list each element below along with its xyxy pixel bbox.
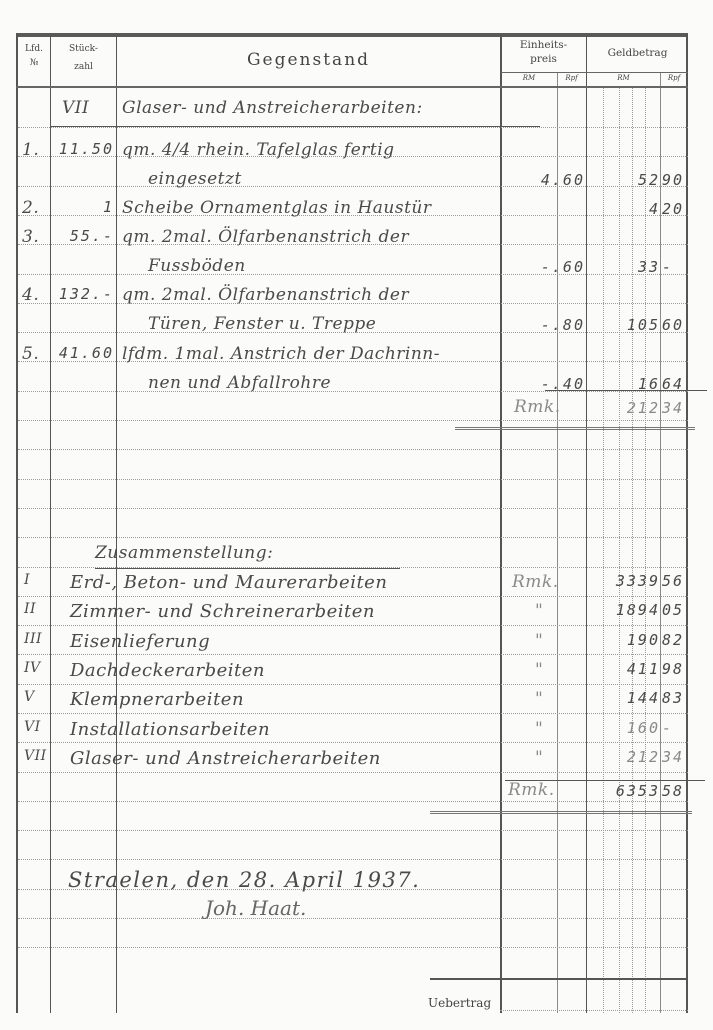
section-roman: VII (62, 98, 89, 118)
rule-line (18, 508, 688, 509)
item-unit-price: -.60 (505, 258, 585, 276)
summary-unit: " (535, 719, 543, 739)
rule-line (18, 684, 688, 685)
summary-description: Glaser- und Anstreicherarbeiten (70, 748, 381, 769)
col-divider-qty (116, 35, 117, 1013)
header-gegenstand: Gegenstand (117, 50, 500, 70)
summary-amount-rm: 212 (590, 748, 660, 766)
item-amount-rm: 52 (590, 171, 660, 189)
invoice-page: Lfd. № Stück- zahl Gegenstand Einheits- … (0, 0, 713, 1030)
rule-line (18, 801, 688, 802)
header-subdivider (501, 72, 688, 73)
summary-total-label: Rmk. (508, 780, 555, 800)
summary-roman: V (24, 689, 35, 705)
section-total-rpf: 34 (662, 399, 684, 417)
item-amount-rm: 4 (590, 200, 660, 218)
subtotal-rule (545, 390, 707, 391)
header-unit-price-rpf: Rpf (557, 74, 586, 82)
signature: Joh. Haat. (205, 896, 306, 920)
item-quantity: 41.60 (54, 344, 114, 362)
carry-over-rule (430, 978, 688, 980)
carry-over-label: Uebertrag (428, 996, 491, 1010)
col-divider-amount (586, 35, 587, 1013)
rule-line (18, 186, 688, 187)
header-amount-rpf: Rpf (660, 74, 688, 82)
summary-amount-rm: 1894 (590, 601, 660, 619)
summary-amount-rpf: - (662, 719, 673, 737)
summary-description: Dachdeckerarbeiten (70, 660, 265, 681)
rule-line (18, 772, 688, 773)
section-total-label: Rmk. (514, 397, 561, 417)
rule-line (18, 947, 688, 948)
item-quantity: 55.- (54, 227, 114, 245)
header-einheitspreis-line2: preis (501, 52, 586, 66)
rule-line (18, 127, 688, 128)
item-description-line: qm. 4/4 rhein. Tafelglas fertig (122, 140, 395, 160)
summary-amount-rm: 411 (590, 660, 660, 678)
summary-roman: III (24, 631, 42, 647)
rule-line (18, 391, 688, 392)
item-amount-rpf: 20 (662, 200, 684, 218)
item-description-line: nen und Abfallrohre (148, 373, 331, 393)
summary-amount-rpf: 98 (662, 660, 684, 678)
summary-amount-rm: 3339 (590, 572, 660, 590)
item-description-line: qm. 2mal. Ölfarbenanstrich der (122, 227, 409, 247)
item-description-line: Fussböden (148, 256, 246, 276)
header-geldbetrag: Geldbetrag (587, 46, 688, 60)
item-amount-rpf: - (662, 258, 673, 276)
rule-line (18, 537, 688, 538)
section-total-rm: 212 (590, 399, 660, 417)
section-title: Glaser- und Anstreicherarbeiten: (122, 98, 423, 118)
header-lfd-line2: № (18, 56, 50, 70)
rule-line (18, 713, 688, 714)
summary-amount-rm: 190 (590, 631, 660, 649)
summary-amount-rm: 144 (590, 689, 660, 707)
header-amount-rm: RM (587, 74, 660, 82)
header-einheitspreis-line1: Einheits- (501, 38, 586, 52)
rule-line (18, 420, 688, 421)
col-divider-lfd (50, 35, 51, 1013)
col-dot-1 (603, 88, 604, 1013)
col-divider-unit-rpf (557, 72, 558, 1013)
rule-line (18, 742, 688, 743)
rule-line (18, 596, 688, 597)
item-description-line: eingesetzt (148, 169, 242, 189)
summary-total-double-rule (430, 811, 692, 814)
summary-unit: " (535, 689, 543, 709)
item-number: 4. (22, 285, 39, 305)
header-einheitspreis: Einheits- preis (501, 38, 586, 66)
col-dot-3 (632, 88, 633, 1013)
summary-title: Zusammenstellung: (95, 543, 273, 563)
item-quantity: 132.- (54, 285, 114, 303)
summary-unit: " (535, 601, 543, 621)
summary-roman: VI (24, 719, 41, 735)
col-divider-desc (500, 35, 502, 1013)
summary-total-rm: 6353 (590, 782, 660, 800)
summary-amount-rpf: 34 (662, 748, 684, 766)
rule-line (18, 449, 688, 450)
summary-unit: " (535, 660, 543, 680)
item-amount-rm: 105 (590, 316, 660, 334)
place-date: Straelen, den 28. April 1937. (68, 868, 420, 892)
item-number: 5. (22, 344, 39, 364)
item-description-line: Türen, Fenster u. Treppe (148, 314, 376, 334)
col-divider-amount-rpf (660, 72, 661, 1013)
item-amount-rpf: 60 (662, 316, 684, 334)
summary-amount-rpf: 05 (662, 601, 684, 619)
rule-line (18, 274, 688, 275)
item-number: 1. (22, 140, 39, 160)
rule-line (18, 654, 688, 655)
item-quantity: 11.50 (54, 140, 114, 158)
item-amount-rpf: 90 (662, 171, 684, 189)
summary-unit: " (535, 748, 543, 768)
summary-description: Zimmer- und Schreinerarbeiten (70, 601, 375, 622)
item-description-line: lfdm. 1mal. Anstrich der Dachrinn- (122, 344, 440, 364)
rule-line (18, 625, 688, 626)
col-dot-4 (645, 88, 646, 1013)
summary-unit: " (535, 631, 543, 651)
summary-amount-rpf: 56 (662, 572, 684, 590)
item-number: 2. (22, 198, 39, 218)
summary-description: Installationsarbeiten (70, 719, 270, 740)
rule-line (18, 830, 688, 831)
summary-amount-rpf: 82 (662, 631, 684, 649)
header-bottom-border (16, 86, 688, 88)
summary-roman: VII (24, 748, 47, 764)
item-unit-price: -.80 (505, 316, 585, 334)
header-lfd: Lfd. № (18, 42, 50, 70)
item-unit-price: 4.60 (505, 171, 585, 189)
rule-line (18, 479, 688, 480)
summary-description: Erd-, Beton- und Maurerarbeiten (70, 572, 387, 593)
header-unit-price-rm: RM (501, 74, 557, 82)
summary-amount-rpf: 83 (662, 689, 684, 707)
rule-line (18, 859, 688, 860)
carry-over-line (500, 1010, 688, 1011)
item-description-line: qm. 2mal. Ölfarbenanstrich der (122, 285, 409, 305)
item-description-line: Scheibe Ornamentglas in Haustür (122, 198, 431, 218)
header-qty-line1: Stück- (51, 42, 116, 56)
item-quantity: 1 (54, 198, 114, 216)
col-dot-2 (619, 88, 620, 1013)
header-lfd-line1: Lfd. (18, 42, 50, 56)
section-total-double-rule (455, 427, 695, 430)
header-qty-line2: zahl (51, 60, 116, 74)
rule-line (18, 918, 688, 919)
summary-roman: IV (24, 660, 41, 676)
summary-description: Klempnerarbeiten (70, 689, 244, 710)
item-number: 3. (22, 227, 39, 247)
section-title-underline (50, 126, 540, 127)
summary-roman: I (24, 572, 30, 588)
summary-description: Eisenlieferung (70, 631, 210, 652)
header-qty: Stück- zahl (51, 42, 116, 74)
summary-title-underline (95, 568, 400, 569)
summary-amount-rm: 160 (590, 719, 660, 737)
summary-unit: Rmk. (512, 572, 559, 592)
item-amount-rm: 33 (590, 258, 660, 276)
summary-total-rpf: 58 (662, 782, 684, 800)
summary-roman: II (24, 601, 36, 617)
